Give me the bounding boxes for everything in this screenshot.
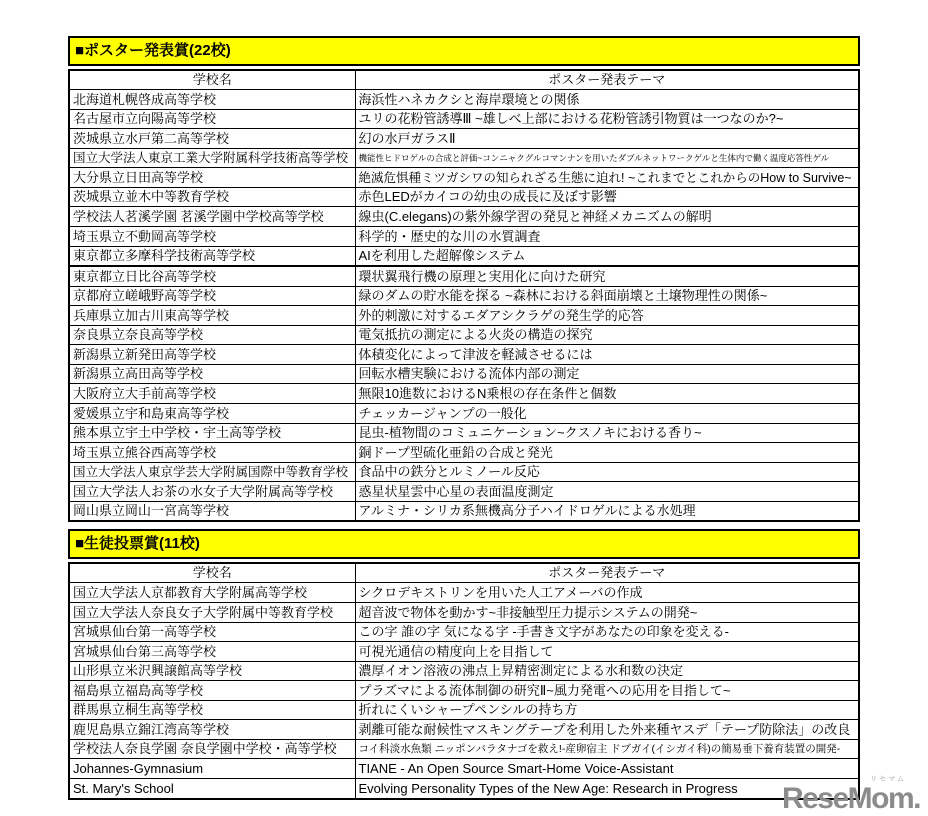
column-header-school: 学校名 bbox=[69, 70, 355, 90]
theme-cell: 食品中の鉄分とルミノール反応 bbox=[355, 462, 859, 482]
school-name-cell: 群馬県立桐生高等学校 bbox=[69, 700, 355, 720]
theme-cell: プラズマによる流体制御の研究Ⅱ~風力発電への応用を目指して~ bbox=[355, 681, 859, 701]
school-name-cell: 奈良県立奈良高等学校 bbox=[69, 325, 355, 345]
table-row: 国立大学法人奈良女子大学附属中等教育学校超音波で物体を動かす~非接触型圧力提示シ… bbox=[69, 602, 859, 622]
table-row: 茨城県立並木中等教育学校赤色LEDがカイコの幼虫の成長に及ぼす影響 bbox=[69, 187, 859, 207]
table-row: 新潟県立高田高等学校回転水槽実験における流体内部の測定 bbox=[69, 364, 859, 384]
section-title-band: ■生徒投票賞(11校) bbox=[68, 529, 860, 559]
table-row: 名古屋市立向陽高等学校ユリの花粉管誘導Ⅲ ~雄しべ上部における花粉管誘引物質は一… bbox=[69, 109, 859, 129]
table-row: 国立大学法人京都教育大学附属高等学校シクロデキストリンを用いた人工アメーバの作成 bbox=[69, 583, 859, 603]
table-row: 福島県立福島高等学校プラズマによる流体制御の研究Ⅱ~風力発電への応用を目指して~ bbox=[69, 681, 859, 701]
table-row: 埼玉県立不動岡高等学校科学的・歴史的な川の水質調査 bbox=[69, 226, 859, 246]
table-row: 東京都立多摩科学技術高等学校AIを利用した超解像システム bbox=[69, 246, 859, 266]
school-name-cell: 北海道札幌啓成高等学校 bbox=[69, 90, 355, 110]
theme-cell: 体積変化によって津波を軽減させるには bbox=[355, 345, 859, 365]
theme-cell: 絶滅危惧種ミツガシワの知られざる生態に迫れ! ~これまでとこれからのHow to… bbox=[355, 168, 859, 188]
school-name-cell: 新潟県立新発田高等学校 bbox=[69, 345, 355, 365]
school-name-cell: 国立大学法人お茶の水女子大学附属高等学校 bbox=[69, 482, 355, 502]
resemom-logo-text: ReseMom. bbox=[782, 782, 920, 815]
school-name-cell: 国立大学法人奈良女子大学附属中等教育学校 bbox=[69, 602, 355, 622]
theme-cell: 科学的・歴史的な川の水質調査 bbox=[355, 226, 859, 246]
poster-award-rows: 北海道札幌啓成高等学校海浜性ハネカクシと海岸環境との関係名古屋市立向陽高等学校ユ… bbox=[69, 90, 859, 522]
table-row: 茨城県立水戸第二高等学校幻の水戸ガラスⅡ bbox=[69, 129, 859, 149]
column-header-school: 学校名 bbox=[69, 563, 355, 583]
table-row: 国立大学法人東京学芸大学附属国際中等教育学校食品中の鉄分とルミノール反応 bbox=[69, 462, 859, 482]
theme-cell: 折れにくいシャープペンシルの持ち方 bbox=[355, 700, 859, 720]
theme-cell: コイ科淡水魚類 ニッポンバラタナゴを救え!-産卵宿主 ドブガイ(イシガイ科)の簡… bbox=[355, 739, 859, 759]
theme-cell: 昆虫-植物間のコミュニケーション~クスノキにおける香り~ bbox=[355, 423, 859, 443]
table-row: 国立大学法人お茶の水女子大学附属高等学校惑星状星雲中心星の表面温度測定 bbox=[69, 482, 859, 502]
school-name-cell: 学校法人茗溪学園 茗溪学園中学校高等学校 bbox=[69, 207, 355, 227]
section-title: ■生徒投票賞(11校) bbox=[75, 535, 200, 552]
school-name-cell: 熊本県立宇土中学校・宇土高等学校 bbox=[69, 423, 355, 443]
theme-cell: 外的刺激に対するエダアシクラゲの発生学的応答 bbox=[355, 306, 859, 326]
theme-cell: 機能性ヒドロゲルの合成と評価~コンニャクグルコマンナンを用いたダブルネットワーク… bbox=[355, 148, 859, 168]
theme-cell: 環状翼飛行機の原理と実用化に向けた研究 bbox=[355, 266, 859, 286]
school-name-cell: Johannes-Gymnasium bbox=[69, 759, 355, 779]
school-name-cell: 福島県立福島高等学校 bbox=[69, 681, 355, 701]
table-row: 埼玉県立熊谷西高等学校銅ドープ型硫化亜鉛の合成と発光 bbox=[69, 443, 859, 463]
school-name-cell: 宮城県仙台第一高等学校 bbox=[69, 622, 355, 642]
theme-cell: 剥離可能な耐候性マスキングテープを利用した外来種ヤスデ「テープ防除法」の改良 bbox=[355, 720, 859, 740]
document-content: ■ポスター発表賞(22校) 学校名 ポスター発表テーマ 北海道札幌啓成高等学校海… bbox=[68, 36, 860, 807]
theme-cell: 赤色LEDがカイコの幼虫の成長に及ぼす影響 bbox=[355, 187, 859, 207]
theme-cell: 幻の水戸ガラスⅡ bbox=[355, 129, 859, 149]
school-name-cell: 国立大学法人東京工業大学附属科学技術高等学校 bbox=[69, 148, 355, 168]
school-name-cell: 茨城県立水戸第二高等学校 bbox=[69, 129, 355, 149]
theme-cell: アルミナ・シリカ系無機高分子ハイドロゲルによる水処理 bbox=[355, 501, 859, 521]
table-row: 熊本県立宇土中学校・宇土高等学校昆虫-植物間のコミュニケーション~クスノキにおけ… bbox=[69, 423, 859, 443]
school-name-cell: 愛媛県立宇和島東高等学校 bbox=[69, 404, 355, 424]
theme-cell: 惑星状星雲中心星の表面温度測定 bbox=[355, 482, 859, 502]
table-row: 愛媛県立宇和島東高等学校チェッカージャンプの一般化 bbox=[69, 404, 859, 424]
table-row: 東京都立日比谷高等学校環状翼飛行機の原理と実用化に向けた研究 bbox=[69, 266, 859, 286]
theme-cell: この字 誰の字 気になる字 -手書き文字があなたの印象を変える- bbox=[355, 622, 859, 642]
poster-award-table: 学校名 ポスター発表テーマ 北海道札幌啓成高等学校海浜性ハネカクシと海岸環境との… bbox=[68, 69, 860, 522]
column-header-theme: ポスター発表テーマ bbox=[355, 70, 859, 90]
table-row: 学校法人奈良学園 奈良学園中学校・高等学校コイ科淡水魚類 ニッポンバラタナゴを救… bbox=[69, 739, 859, 759]
theme-cell: ユリの花粉管誘導Ⅲ ~雄しべ上部における花粉管誘引物質は一つなのか?~ bbox=[355, 109, 859, 129]
school-name-cell: 名古屋市立向陽高等学校 bbox=[69, 109, 355, 129]
theme-cell: 銅ドープ型硫化亜鉛の合成と発光 bbox=[355, 443, 859, 463]
table-row: Johannes-GymnasiumTIANE - An Open Source… bbox=[69, 759, 859, 779]
school-name-cell: 東京都立日比谷高等学校 bbox=[69, 266, 355, 286]
table-row: 山形県立米沢興譲館高等学校濃厚イオン溶液の沸点上昇精密測定による水和数の決定 bbox=[69, 661, 859, 681]
section-title-band: ■ポスター発表賞(22校) bbox=[68, 36, 860, 66]
column-header-theme: ポスター発表テーマ bbox=[355, 563, 859, 583]
table-row: 京都府立嵯峨野高等学校緑のダムの貯水能を探る ~森林における斜面崩壊と土壌物理性… bbox=[69, 286, 859, 306]
school-name-cell: 埼玉県立熊谷西高等学校 bbox=[69, 443, 355, 463]
table-row: 群馬県立桐生高等学校折れにくいシャープペンシルの持ち方 bbox=[69, 700, 859, 720]
theme-cell: シクロデキストリンを用いた人工アメーバの作成 bbox=[355, 583, 859, 603]
school-name-cell: 兵庫県立加古川東高等学校 bbox=[69, 306, 355, 326]
table-row: 新潟県立新発田高等学校体積変化によって津波を軽減させるには bbox=[69, 345, 859, 365]
table-row: 岡山県立岡山一宮高等学校アルミナ・シリカ系無機高分子ハイドロゲルによる水処理 bbox=[69, 501, 859, 521]
theme-cell: 海浜性ハネカクシと海岸環境との関係 bbox=[355, 90, 859, 110]
table-row: 宮城県仙台第三高等学校可視光通信の精度向上を目指して bbox=[69, 642, 859, 662]
table-row: 鹿児島県立錦江湾高等学校剥離可能な耐候性マスキングテープを利用した外来種ヤスデ「… bbox=[69, 720, 859, 740]
school-name-cell: 国立大学法人東京学芸大学附属国際中等教育学校 bbox=[69, 462, 355, 482]
theme-cell: 電気抵抗の測定による火炎の構造の探究 bbox=[355, 325, 859, 345]
table-row: 国立大学法人東京工業大学附属科学技術高等学校機能性ヒドロゲルの合成と評価~コンニ… bbox=[69, 148, 859, 168]
table-header-row: 学校名 ポスター発表テーマ bbox=[69, 70, 859, 90]
table-header-row: 学校名 ポスター発表テーマ bbox=[69, 563, 859, 583]
table-row: 兵庫県立加古川東高等学校外的刺激に対するエダアシクラゲの発生学的応答 bbox=[69, 306, 859, 326]
school-name-cell: 京都府立嵯峨野高等学校 bbox=[69, 286, 355, 306]
theme-cell: 無限10進数におけるN乗根の存在条件と個数 bbox=[355, 384, 859, 404]
theme-cell: チェッカージャンプの一般化 bbox=[355, 404, 859, 424]
school-name-cell: 岡山県立岡山一宮高等学校 bbox=[69, 501, 355, 521]
student-vote-table: 学校名 ポスター発表テーマ 国立大学法人京都教育大学附属高等学校シクロデキストリ… bbox=[68, 562, 860, 799]
school-name-cell: 山形県立米沢興譲館高等学校 bbox=[69, 661, 355, 681]
student-vote-section: ■生徒投票賞(11校) 学校名 ポスター発表テーマ 国立大学法人京都教育大学附属… bbox=[68, 529, 860, 799]
resemom-logo: リセマム ReseMom. bbox=[782, 776, 920, 814]
table-row: St. Mary's SchoolEvolving Personality Ty… bbox=[69, 779, 859, 799]
section-title: ■ポスター発表賞(22校) bbox=[75, 42, 231, 59]
school-name-cell: 東京都立多摩科学技術高等学校 bbox=[69, 246, 355, 266]
table-row: 大阪府立大手前高等学校無限10進数におけるN乗根の存在条件と個数 bbox=[69, 384, 859, 404]
theme-cell: 濃厚イオン溶液の沸点上昇精密測定による水和数の決定 bbox=[355, 661, 859, 681]
school-name-cell: 宮城県仙台第三高等学校 bbox=[69, 642, 355, 662]
school-name-cell: 新潟県立高田高等学校 bbox=[69, 364, 355, 384]
table-row: 学校法人茗溪学園 茗溪学園中学校高等学校線虫(C.elegans)の紫外線学習の… bbox=[69, 207, 859, 227]
student-vote-rows: 国立大学法人京都教育大学附属高等学校シクロデキストリンを用いた人工アメーバの作成… bbox=[69, 583, 859, 799]
table-row: 宮城県仙台第一高等学校この字 誰の字 気になる字 -手書き文字があなたの印象を変… bbox=[69, 622, 859, 642]
theme-cell: 可視光通信の精度向上を目指して bbox=[355, 642, 859, 662]
table-row: 北海道札幌啓成高等学校海浜性ハネカクシと海岸環境との関係 bbox=[69, 90, 859, 110]
theme-cell: AIを利用した超解像システム bbox=[355, 246, 859, 266]
school-name-cell: 大阪府立大手前高等学校 bbox=[69, 384, 355, 404]
poster-award-section: ■ポスター発表賞(22校) 学校名 ポスター発表テーマ 北海道札幌啓成高等学校海… bbox=[68, 36, 860, 522]
school-name-cell: 鹿児島県立錦江湾高等学校 bbox=[69, 720, 355, 740]
school-name-cell: St. Mary's School bbox=[69, 779, 355, 799]
theme-cell: 回転水槽実験における流体内部の測定 bbox=[355, 364, 859, 384]
theme-cell: 緑のダムの貯水能を探る ~森林における斜面崩壊と土壌物理性の関係~ bbox=[355, 286, 859, 306]
theme-cell: 超音波で物体を動かす~非接触型圧力提示システムの開発~ bbox=[355, 602, 859, 622]
theme-cell: 線虫(C.elegans)の紫外線学習の発見と神経メカニズムの解明 bbox=[355, 207, 859, 227]
school-name-cell: 学校法人奈良学園 奈良学園中学校・高等学校 bbox=[69, 739, 355, 759]
table-row: 奈良県立奈良高等学校電気抵抗の測定による火炎の構造の探究 bbox=[69, 325, 859, 345]
school-name-cell: 埼玉県立不動岡高等学校 bbox=[69, 226, 355, 246]
school-name-cell: 国立大学法人京都教育大学附属高等学校 bbox=[69, 583, 355, 603]
school-name-cell: 茨城県立並木中等教育学校 bbox=[69, 187, 355, 207]
school-name-cell: 大分県立日田高等学校 bbox=[69, 168, 355, 188]
table-row: 大分県立日田高等学校絶滅危惧種ミツガシワの知られざる生態に迫れ! ~これまでとこ… bbox=[69, 168, 859, 188]
